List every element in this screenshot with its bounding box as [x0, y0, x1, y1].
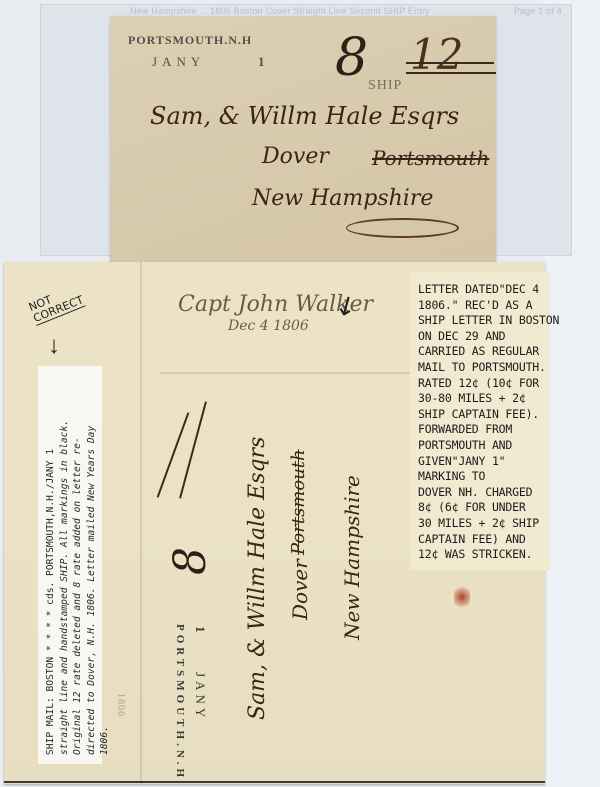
address-city: Dover	[262, 144, 329, 169]
address-city-struck: Portsmouth	[372, 146, 489, 170]
fold-line	[140, 262, 142, 784]
rate-current: 8	[335, 32, 368, 84]
postmark-day: 1	[258, 54, 265, 70]
address-state: New Hampshire	[252, 186, 433, 211]
postmark-town: PORTSMOUTH.N.H	[128, 33, 252, 48]
rotated-postmark-town: PORTSMOUTH.N.H	[174, 624, 186, 781]
label-line5: 1806.	[99, 726, 110, 755]
rotated-address-name: Sam, & Willm Hale Esqrs	[245, 437, 270, 720]
rate-strike-line	[406, 62, 494, 64]
rotated-rate: 8	[165, 547, 216, 575]
cover-front: PORTSMOUTH.N.H JANY 1 8 12 SHIP Sam, & W…	[110, 16, 496, 262]
page-indicator: Page 1 of 4	[514, 6, 562, 16]
rate-original: 12	[410, 34, 463, 76]
rotated-state: New Hampshire	[340, 475, 364, 640]
docket-date: Dec 4 1806	[228, 318, 309, 334]
flourish-decoration	[346, 218, 459, 238]
label-heading: SHIP MAIL: BOSTON * * * * cds. PORTSMOUT…	[44, 365, 58, 755]
rate-strike-line	[406, 72, 496, 74]
label-line3: Original 12 rate deleted and 8 rate adde…	[72, 437, 83, 755]
address-name: Sam, & Willm Hale Esqrs	[150, 102, 459, 130]
pencil-note: 1806	[115, 693, 126, 717]
label-line2: straight line and handstamped SHIP. All …	[59, 420, 70, 755]
rotated-postmark-month: JANY	[192, 672, 208, 721]
label-line4: directed to Dover, N.H. 1806. Letter mai…	[86, 426, 97, 755]
sleeve-header: New Hampshire ... 1806 Boston Cover Stra…	[130, 6, 570, 16]
ship-handstamp: SHIP	[368, 78, 402, 94]
sleeve-title: New Hampshire ... 1806 Boston Cover Stra…	[130, 6, 430, 16]
typed-label: SHIP MAIL: BOSTON * * * * cds. PORTSMOUT…	[44, 365, 112, 755]
rotated-postmark-day: 1	[192, 626, 208, 637]
handwritten-note: LETTER DATED"DEC 4 1806." REC'D AS A SHI…	[418, 282, 598, 563]
wax-seal-remnant	[454, 586, 470, 608]
sheet-edge	[4, 781, 545, 783]
rotated-city-struck: Portsmouth	[288, 449, 309, 555]
rotated-city: Dover	[288, 559, 312, 620]
down-arrow-icon: ↓	[48, 332, 60, 360]
postmark-month: JANY	[152, 54, 205, 70]
